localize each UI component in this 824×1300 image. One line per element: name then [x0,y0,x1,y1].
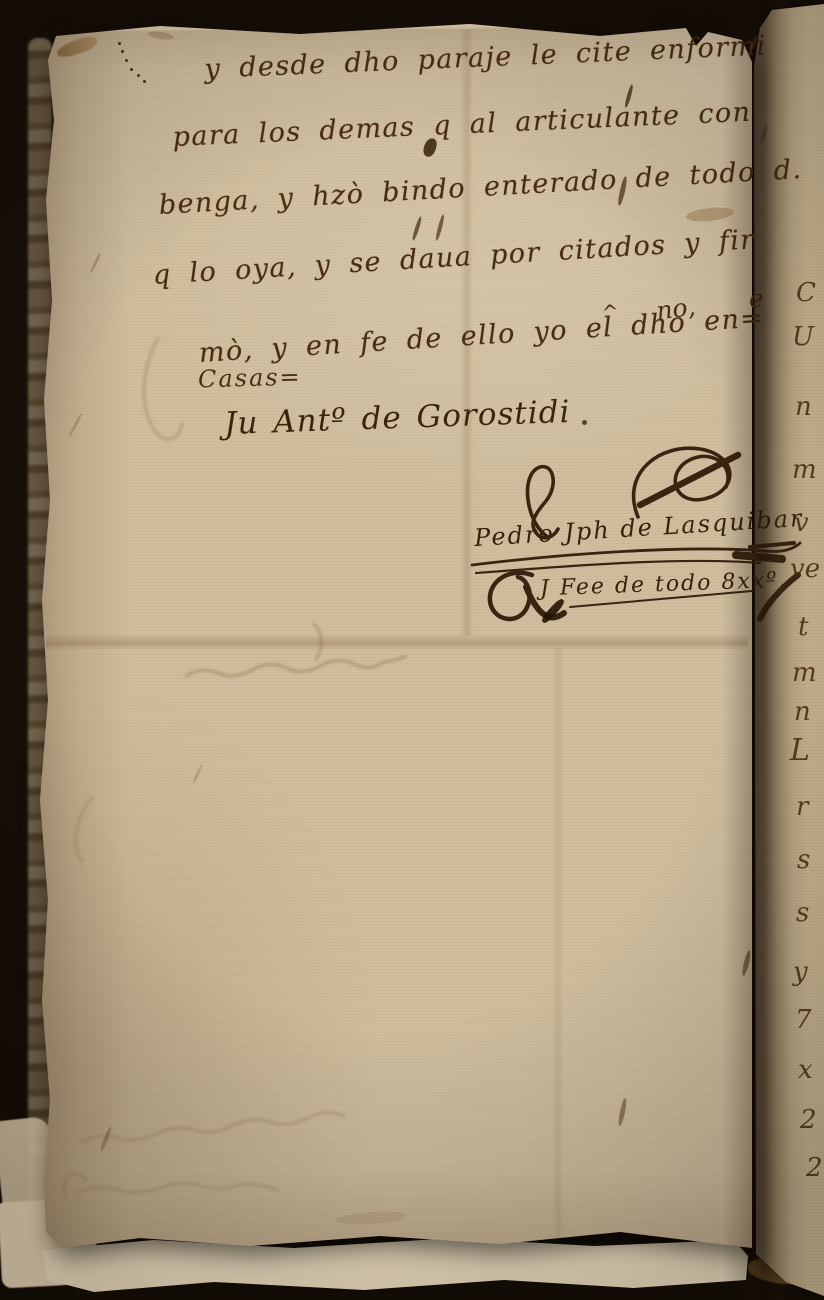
facing-line-fragment: m [792,455,817,485]
facing-line-fragment: r [796,792,808,822]
facing-line-fragment: x [798,1055,813,1085]
facing-line-fragment: m [792,658,817,688]
ink-speck [118,42,121,45]
facing-line-fragment: 7 [795,1005,812,1035]
facing-line-fragment: ve [790,554,820,584]
facing-line-fragment: s [796,898,809,928]
closing-word: Casas= [198,363,302,394]
facing-line-fragment: n [794,697,811,727]
facing-line-fragment: y [793,957,808,987]
facing-line-fragment: C [796,278,816,308]
facing-line-fragment: 2 [806,1153,823,1183]
manuscript-photo: y desde dho paraje le cite enformi para … [0,0,824,1300]
facing-line-fragment: L [790,733,810,768]
facing-line-fragment: 2 [800,1105,817,1135]
facing-line-fragment: U [792,322,814,352]
facing-line-fragment: n [795,392,812,422]
facing-line-fragment: s [797,845,810,875]
facing-line-fragment: t [798,612,808,642]
ink-layer: y desde dho paraje le cite enformi para … [0,0,824,1300]
ink-speck [582,420,587,425]
facing-line-fragment: v [794,508,809,538]
insertion-caret: ^ [601,299,620,325]
